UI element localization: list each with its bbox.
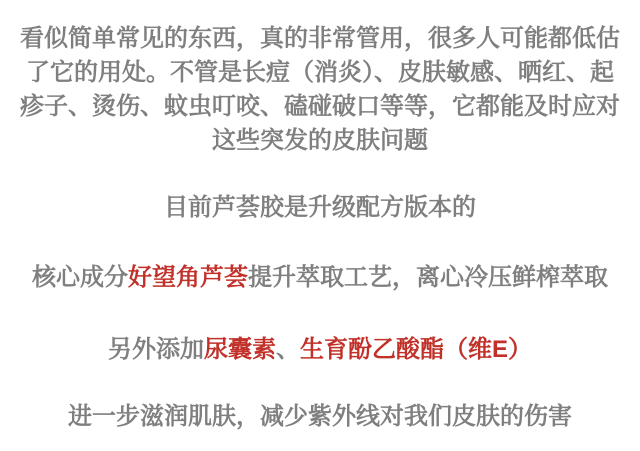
- core-ingredient-highlight: 好望角芦荟: [128, 264, 248, 291]
- intro-line-2: 了它的用处。不管是长痘（消炎）、皮肤敏感、晒红、起: [20, 56, 620, 90]
- intro-line-4: 这些突发的皮肤问题: [20, 124, 620, 158]
- core-ingredient-suffix: 提升萃取工艺，离心冷压鲜榨萃取: [248, 264, 608, 291]
- additives-prefix: 另外添加: [108, 336, 204, 363]
- intro-line-3: 疹子、烫伤、蚊虫叮咬、磕碰破口等等，它都能及时应对: [20, 90, 620, 124]
- benefit-statement: 进一步滋润肌肤，减少紫外线对我们皮肤的伤害: [20, 400, 620, 434]
- intro-paragraph: 看似简单常见的东西，真的非常管用，很多人可能都低估 了它的用处。不管是长痘（消炎…: [20, 22, 620, 158]
- additive-allantoin: 尿囊素: [204, 336, 276, 363]
- additives-statement: 另外添加尿囊素、生育酚乙酸酯（维E）: [20, 333, 620, 367]
- intro-line-1: 看似简单常见的东西，真的非常管用，很多人可能都低估: [20, 22, 620, 56]
- core-ingredient-prefix: 核心成分: [32, 264, 128, 291]
- additive-vitamin-e: 生育酚乙酸酯（维E）: [300, 336, 532, 363]
- formula-statement: 目前芦荟胶是升级配方版本的: [20, 191, 620, 225]
- article-body: 看似简单常见的东西，真的非常管用，很多人可能都低估 了它的用处。不管是长痘（消炎…: [0, 0, 640, 451]
- additives-separator: 、: [276, 336, 300, 363]
- core-ingredient-statement: 核心成分好望角芦荟提升萃取工艺，离心冷压鲜榨萃取: [20, 261, 620, 295]
